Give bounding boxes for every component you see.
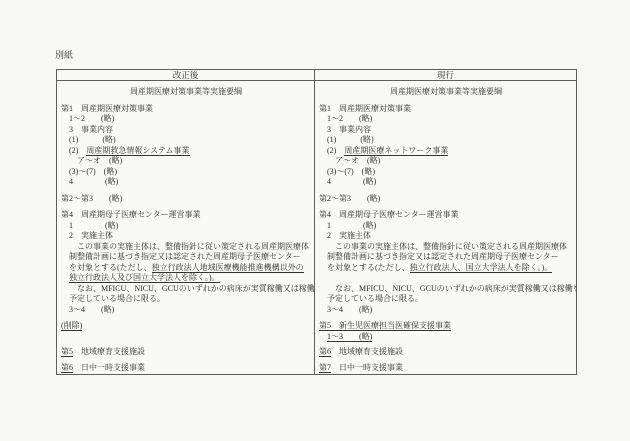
underlined-text: 第6 [61,363,73,373]
doc-line: 第4 周産期母子医療センター運営事業 [319,210,573,221]
text-segment: 第1 周産期医療対策事業 [61,104,153,113]
text-segment: 制整備計画に基づき指定又は認定された周産期母子医療センター [319,252,559,261]
underlined-text: 独立行政法人及び国立大学法人を除く。)。 [69,273,220,283]
doc-line: 1～3 (略) [319,332,573,343]
underlined-text: 周産期医療ネットワーク事業 [344,146,448,156]
underlined-text: 第6 [319,347,331,357]
text-segment: 予定している場合に限る。 [319,294,423,303]
underlined-text: 第7 [319,363,331,373]
header-after-revision: 改正後 [57,70,315,80]
doc-line: 予定している場合に限る。 [61,294,311,305]
doc-line: 第2～第3 (略) [61,194,311,205]
doc-line: 第2～第3 (略) [319,194,573,205]
text-segment: 3 事業内容 [319,125,371,134]
attachment-label: 別紙 [55,50,73,61]
doc-line: 3～4 (略) [319,305,573,316]
doc-line: 第1 周産期医療対策事業 [319,104,573,115]
text-segment: 第1 周産期医療対策事業 [319,104,411,113]
text-segment: 第2～第3 (略) [61,194,122,203]
text-segment: (1) (略) [319,135,374,144]
doc-line: (削除) [61,321,311,332]
doc-line: 3 事業内容 [61,125,311,136]
text-segment: なお、MFICU、NICU、GCUのいずれかの病床が実質稼働又は稼働を [319,284,576,293]
doc-line: 制整備計画に基づき指定又は認定された周産期母子医療センター [61,252,311,263]
text-segment: 第4 周産期母子医療センター運営事業 [319,210,459,219]
doc-line: 第7 日中一時支援事業 [319,363,573,374]
doc-line: 周産期医療対策事業等実施要綱 [61,87,311,98]
text-segment: (1) (略) [61,135,116,144]
doc-line: (1) (略) [319,135,573,146]
text-segment: ア～オ (略) [61,156,122,165]
text-segment: なお、MFICU、NICU、GCUのいずれかの病床が実質稼働又は稼働を [61,284,315,293]
doc-line: 第1 周産期医療対策事業 [61,104,311,115]
text-segment: (3)～(7) (略) [319,167,375,176]
column-current: 周産期医療対策事業等実施要綱第1 周産期医療対策事業 1～2 (略) 3 事業内… [315,81,576,374]
comparison-table: 改正後 現行 周産期医療対策事業等実施要綱第1 周産期医療対策事業 1～2 (略… [56,69,577,375]
doc-line: 1～2 (略) [319,114,573,125]
doc-line: 第6 日中一時支援事業 [61,363,311,374]
doc-line: 1 (略) [61,221,311,232]
doc-line: 第5 新生児医療担当医確保支援事業 [319,321,573,332]
doc-line: 周産期医療対策事業等実施要綱 [319,87,573,98]
text-segment [319,332,327,341]
doc-line: 独立行政法人及び国立大学法人を除く。)。 [61,273,311,284]
text-segment [61,273,69,282]
doc-line: 4 (略) [61,177,311,188]
text-segment: 4 (略) [319,177,376,186]
text-segment: 2 実施主体 [319,231,371,240]
doc-line: ア～オ (略) [319,156,573,167]
doc-line: 第5 地域療育支援施設 [61,347,311,358]
text-segment: この事業の実施主体は、整備指針に従い策定される周産期医療体 [61,242,309,251]
doc-line: (3)～(7) (略) [319,167,573,178]
text-segment: (2) [319,146,344,155]
text-segment: 地域療育支援施設 [331,347,403,356]
underlined-text: 独立行政法人、国立大学法人を除く。)。 [410,263,553,273]
doc-line: ア～オ (略) [61,156,311,167]
doc-line: 3～4 (略) [61,305,311,316]
doc-line: なお、MFICU、NICU、GCUのいずれかの病床が実質稼働又は稼働を [319,284,573,295]
doc-line: を対象とする(ただし、独立行政法人地域医療機能推進機構以外の [61,263,311,274]
text-segment: 1～2 (略) [319,114,372,123]
doc-line: 2 実施主体 [61,231,311,242]
text-segment: 地域療育支援施設 [73,347,145,356]
underlined-text: 第5 [61,347,73,357]
doc-line: 3 事業内容 [319,125,573,136]
text-segment: (3)～(7) (略) [61,167,117,176]
doc-line: なお、MFICU、NICU、GCUのいずれかの病床が実質稼働又は稼働を [61,284,311,295]
text-segment: 3 事業内容 [61,125,113,134]
text-segment: 予定している場合に限る。 [61,294,165,303]
text-segment: 制整備計画に基づき指定又は認定された周産期母子医療センター [61,252,301,261]
text-segment: 1～2 (略) [61,114,114,123]
text-segment: 4 (略) [61,177,118,186]
doc-line [319,273,573,284]
underlined-text: 周産期救急情報システム事業 [86,146,189,156]
text-segment: (2) [61,146,86,155]
table-body-row: 周産期医療対策事業等実施要綱第1 周産期医療対策事業 1～2 (略) 3 事業内… [57,81,576,374]
text-segment: ア～オ (略) [319,156,380,165]
underlined-text: 独立行政法人地域医療機能推進機構以外の [152,263,304,273]
doc-line: 予定している場合に限る。 [319,294,573,305]
doc-line: 2 実施主体 [319,231,573,242]
doc-line: 制整備計画に基づき指定又は認定された周産期母子医療センター [319,252,573,263]
doc-line: (2) 周産期救急情報システム事業 [61,146,311,157]
text-segment: 2 実施主体 [61,231,113,240]
text-segment: 3～4 (略) [61,305,114,314]
text-segment: この事業の実施主体は、整備指針に従い策定される周産期医療体 [319,242,567,251]
underlined-text: 第5 新生児医療担当医確保支援事業 [319,321,451,331]
doc-line: 4 (略) [319,177,573,188]
text-segment: を対象とする(ただし、 [319,263,410,272]
column-after-revision: 周産期医療対策事業等実施要綱第1 周産期医療対策事業 1～2 (略) 3 事業内… [57,81,315,374]
doc-line: (3)～(7) (略) [61,167,311,178]
text-segment: 日中一時支援事業 [331,363,403,372]
doc-line: この事業の実施主体は、整備指針に従い策定される周産期医療体 [319,242,573,253]
text-segment: 1 (略) [319,221,376,230]
text-segment: 日中一時支援事業 [73,363,145,372]
underlined-text: (削除) [61,321,82,331]
doc-line: 第6 地域療育支援施設 [319,347,573,358]
text-segment: 第2～第3 (略) [319,194,380,203]
underlined-text: 1～3 (略) [327,332,372,342]
text-segment: 1 (略) [61,221,118,230]
doc-line: (1) (略) [61,135,311,146]
table-header-row: 改正後 現行 [57,70,576,81]
doc-line: 1～2 (略) [61,114,311,125]
doc-line [61,332,311,343]
doc-line: 1 (略) [319,221,573,232]
doc-line: (2) 周産期医療ネットワーク事業 [319,146,573,157]
doc-line: 第4 周産期母子医療センター運営事業 [61,210,311,221]
doc-line: を対象とする(ただし、独立行政法人、国立大学法人を除く。)。 [319,263,573,274]
header-current: 現行 [315,70,576,80]
doc-line: この事業の実施主体は、整備指針に従い策定される周産期医療体 [61,242,311,253]
text-segment: 周産期医療対策事業等実施要綱 [130,87,242,96]
text-segment: 第4 周産期母子医療センター運営事業 [61,210,201,219]
text-segment: 3～4 (略) [319,305,372,314]
text-segment: を対象とする(ただし、 [61,263,152,272]
text-segment: 周産期医療対策事業等実施要綱 [390,87,502,96]
